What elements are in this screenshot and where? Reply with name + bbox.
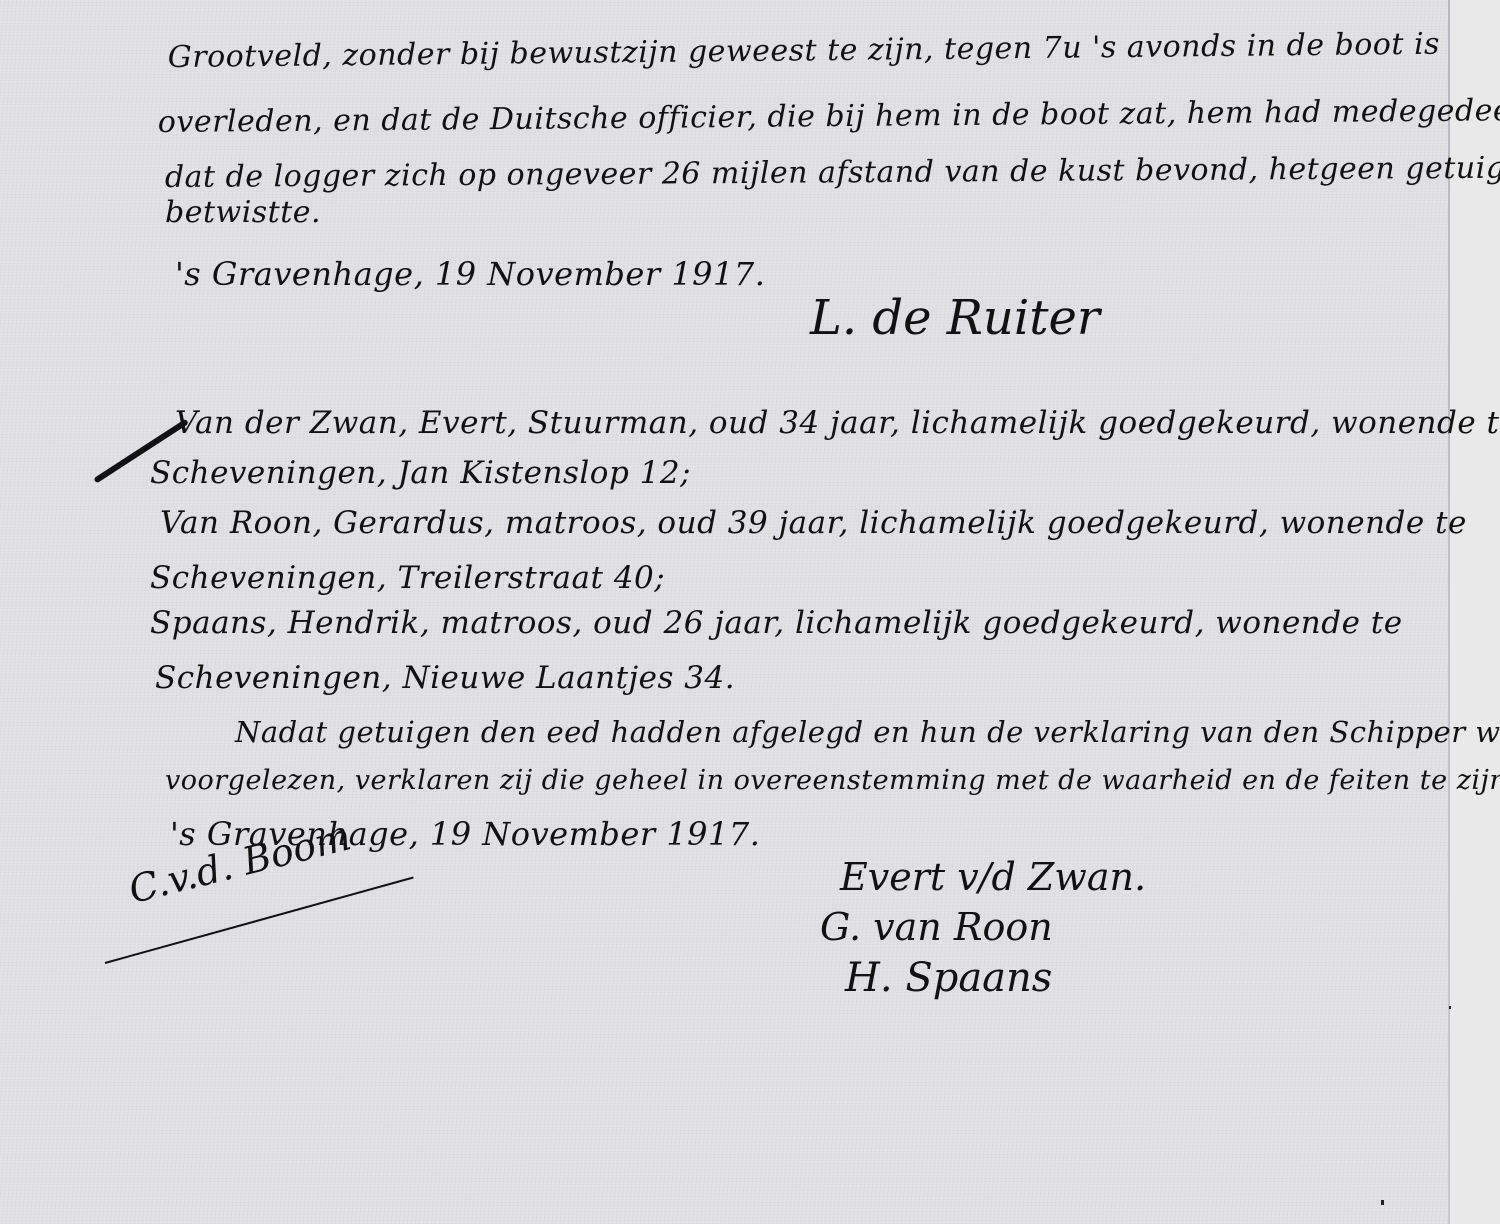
paragraph-2-line-1: Nadat getuigen den eed hadden afgelegd e… — [235, 715, 1500, 749]
scan-speck — [1381, 1200, 1384, 1205]
scan-speck — [1449, 1006, 1451, 1009]
witness-3-line-1: Spaans, Hendrik, matroos, oud 26 jaar, l… — [150, 605, 1403, 641]
witness-3-line-2: Scheveningen, Nieuwe Laantjes 34. — [155, 660, 735, 696]
witness-2-line-2: Scheveningen, Treilerstraat 40; — [150, 560, 665, 596]
signature-van-roon: G. van Roon — [820, 905, 1053, 949]
paragraph-2-line-2: voorgelezen, verklaren zij die geheel in… — [165, 765, 1500, 796]
date-line-1: 's Gravenhage, 19 November 1917. — [175, 255, 765, 293]
witness-1-line-1: Van der Zwan, Evert, Stuurman, oud 34 ja… — [175, 405, 1500, 441]
witness-2-line-1: Van Roon, Gerardus, matroos, oud 39 jaar… — [160, 505, 1467, 541]
witness-1-line-2: Scheveningen, Jan Kistenslop 12; — [150, 455, 691, 491]
signature-de-ruiter: L. de Ruiter — [810, 290, 1100, 346]
signature-spaans: H. Spaans — [845, 955, 1052, 1001]
paragraph-1-line-4: betwistte. — [165, 195, 321, 230]
signature-van-der-zwan: Evert v/d Zwan. — [840, 855, 1146, 899]
